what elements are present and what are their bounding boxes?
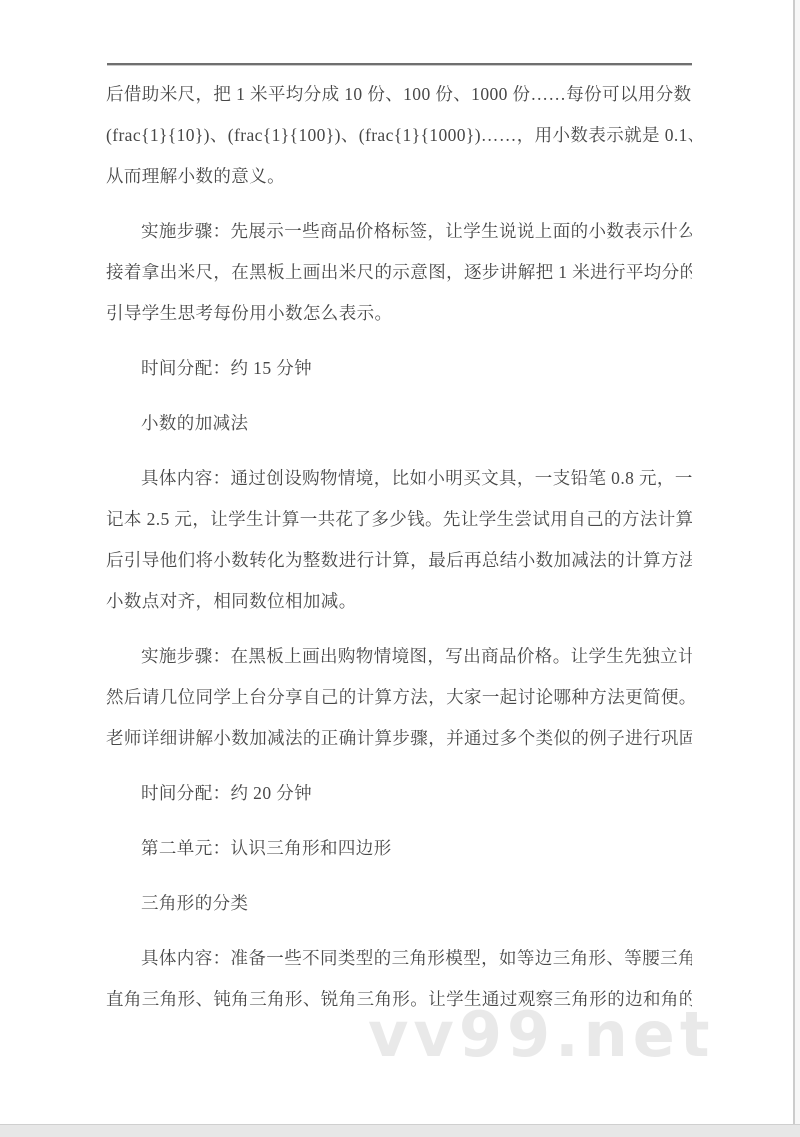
page-outside-margin	[795, 0, 800, 1125]
paragraph: 具体内容：准备一些不同类型的三角形模型，如等边三角形、等腰三角形、直角三角形、钝…	[106, 938, 692, 1020]
text-line: 第二单元：认识三角形和四边形	[106, 828, 692, 869]
text-line: 后借助米尺，把 1 米平均分成 10 份、100 份、1000 份……每份可以用…	[106, 74, 692, 115]
text-line: 直角三角形、钝角三角形、锐角三角形。让学生通过观察三角形的边和角的特点，	[106, 979, 692, 1020]
text-line: 具体内容：准备一些不同类型的三角形模型，如等边三角形、等腰三角形、	[106, 938, 692, 979]
text-line: 老师详细讲解小数加减法的正确计算步骤，并通过多个类似的例子进行巩固练习。	[106, 718, 692, 759]
text-line: 接着拿出米尺，在黑板上画出米尺的示意图，逐步讲解把 1 米进行平均分的过程，	[106, 252, 692, 293]
text-line: 记本 2.5 元，让学生计算一共花了多少钱。先让学生尝试用自己的方法计算，然	[106, 499, 692, 540]
paragraph: 实施步骤：在黑板上画出购物情境图，写出商品价格。让学生先独立计算，然后请几位同学…	[106, 636, 692, 759]
paragraph: 三角形的分类	[106, 883, 692, 924]
header-divider	[107, 63, 692, 65]
text-line: 实施步骤：先展示一些商品价格标签，让学生说说上面的小数表示什么意思。	[106, 211, 692, 252]
paragraph: 时间分配：约 20 分钟	[106, 773, 692, 814]
paragraph: 具体内容：通过创设购物情境，比如小明买文具，一支铅笔 0.8 元，一个笔记本 2…	[106, 458, 692, 622]
next-page-gap	[0, 1124, 800, 1137]
paragraph: 时间分配：约 15 分钟	[106, 348, 692, 389]
text-line: 时间分配：约 15 分钟	[106, 348, 692, 389]
text-line: 时间分配：约 20 分钟	[106, 773, 692, 814]
text-line: (frac{1}{10})、(frac{1}{100})、(frac{1}{10…	[106, 115, 692, 156]
text-line: 从而理解小数的意义。	[106, 156, 692, 197]
paragraph: 第二单元：认识三角形和四边形	[106, 828, 692, 869]
text-line: 实施步骤：在黑板上画出购物情境图，写出商品价格。让学生先独立计算，	[106, 636, 692, 677]
document-page: vv99.net 后借助米尺，把 1 米平均分成 10 份、100 份、1000…	[0, 0, 800, 1137]
text-line: 小数的加减法	[106, 403, 692, 444]
text-line: 然后请几位同学上台分享自己的计算方法，大家一起讨论哪种方法更简便。最后	[106, 677, 692, 718]
text-line: 小数点对齐，相同数位相加减。	[106, 581, 692, 622]
text-line: 后引导他们将小数转化为整数进行计算，最后再总结小数加减法的计算方法，即	[106, 540, 692, 581]
text-line: 三角形的分类	[106, 883, 692, 924]
paragraph: 实施步骤：先展示一些商品价格标签，让学生说说上面的小数表示什么意思。接着拿出米尺…	[106, 211, 692, 334]
paragraph: 后借助米尺，把 1 米平均分成 10 份、100 份、1000 份……每份可以用…	[106, 74, 692, 197]
text-line: 引导学生思考每份用小数怎么表示。	[106, 293, 692, 334]
text-line: 具体内容：通过创设购物情境，比如小明买文具，一支铅笔 0.8 元，一个笔	[106, 458, 692, 499]
document-body: 后借助米尺，把 1 米平均分成 10 份、100 份、1000 份……每份可以用…	[106, 74, 692, 1034]
paragraph: 小数的加减法	[106, 403, 692, 444]
